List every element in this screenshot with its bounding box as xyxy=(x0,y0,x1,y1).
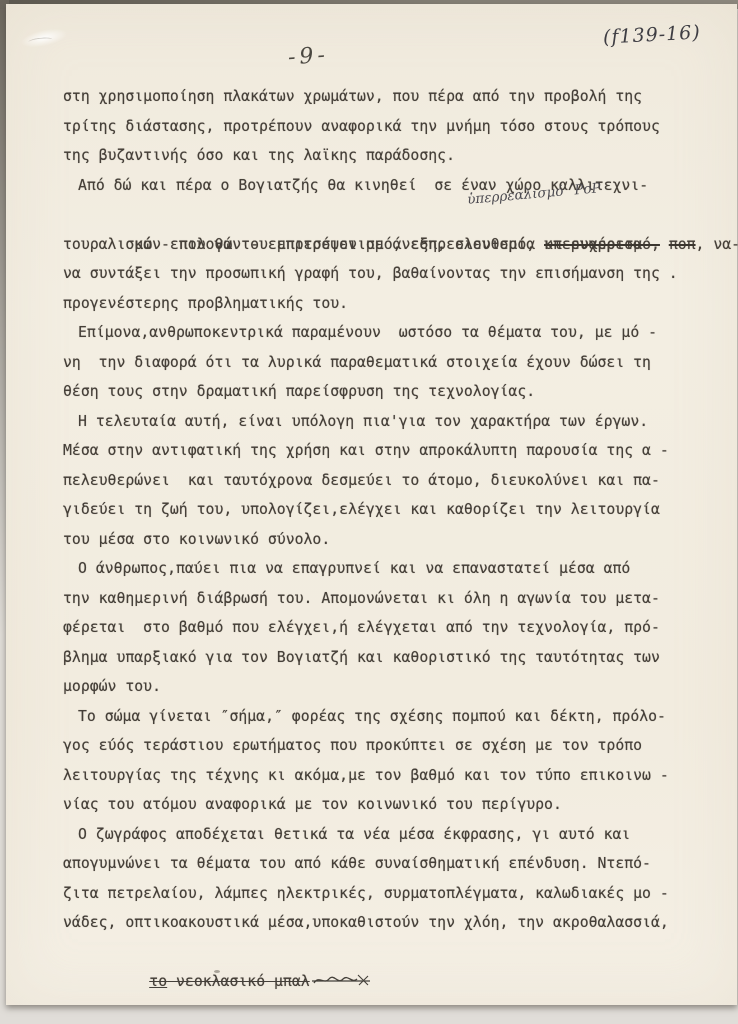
typed-line: νη την διαφορά ότι τα λυρικά παραθεματικ… xyxy=(63,348,699,378)
typed-line: Μέσα στην αντιφατική της χρήση και στην … xyxy=(63,436,699,466)
typed-line: απογυμνώνει τα θέματα του από κάθε συναί… xyxy=(63,849,699,879)
struck-word: ποπ xyxy=(669,236,696,253)
typed-line: της βυζαντινής όσο και της λαϊκης παράδο… xyxy=(63,141,699,171)
typed-line: βλημα υπαρξιακό για τον Βογιατζή και καθ… xyxy=(63,643,699,673)
typed-line: φέρεται στο βαθμό που ελέγχει,ή ελέγχετα… xyxy=(63,613,699,643)
typed-line: πελευθερώνει και ταυτόχρονα δεσμεύει το … xyxy=(63,466,699,496)
folio-annotation: (f139-16) xyxy=(603,21,702,48)
typed-line: στη χρησιμοποίηση πλακάτων χρωμάτων, που… xyxy=(63,82,699,112)
typed-line: Από δώ και πέρα ο Βογιατζής θα κινηθεί σ… xyxy=(63,171,699,201)
typed-line: του μέσα στο κοινωνικό σύνολο. xyxy=(63,525,699,555)
typed-line: γιδεύει τη ζωή του, υπολογίζει,ελέγχει κ… xyxy=(63,495,699,525)
typed-text-block: στη χρησιμοποίηση πλακάτων χρωμάτων, που… xyxy=(63,82,699,967)
paper-speck xyxy=(214,970,220,973)
typed-line: Το σώμα γίνεται ″σήμα,″ φορέας της σχέση… xyxy=(63,702,699,732)
typed-text xyxy=(660,236,669,253)
scribble-strikeout-icon xyxy=(312,972,376,988)
typed-line: να συντάξει την προσωπική γραφή του, βαθ… xyxy=(63,259,699,289)
typed-line: νάδες, οπτικοακουστικά μέσα,υποκαθιστούν… xyxy=(63,908,699,938)
page-number: -9- xyxy=(287,43,330,71)
paper-sheet: (f139-16) -9- στη χρησιμοποίηση πλακάτων… xyxy=(6,4,737,1005)
typed-line: μορφών του. xyxy=(63,672,699,702)
typed-line: γος εύός τεράστιου ερωτήματος που προκύπ… xyxy=(63,731,699,761)
typed-line: Ο ζωγράφος αποδέχεται θετικά τα νέα μέσα… xyxy=(63,820,699,850)
typed-line: τρίτης διάστασης, προτρέπουν αναφορικά τ… xyxy=(63,112,699,142)
struck-word: υπερναρρισμό, xyxy=(544,236,660,253)
typed-line: Επίμονα,ανθρωποκεντρικά παραμένουν ωστόσ… xyxy=(63,318,699,348)
struck-word: νεοκλασικό μπαλ xyxy=(167,973,310,990)
typed-line: θέση τους στην δραματική παρείσφρυση της… xyxy=(63,377,699,407)
typed-line: Ο άνθρωπος,παύει πια να επαγρυπνεί και ν… xyxy=(63,554,699,584)
typed-text: , να- xyxy=(696,236,738,253)
paper-smudge xyxy=(19,25,69,51)
scanned-page: (f139-16) -9- στη χρησιμοποίηση πλακάτων… xyxy=(0,0,738,1024)
typed-line-struck-out: το νεοκλασικό μπαλ xyxy=(63,938,699,968)
typed-line: νίας του ατόμου αναφορικά με τον κοινωνι… xyxy=(63,790,699,820)
typed-line: προγενέστερης προβληματικής του. xyxy=(63,289,699,319)
typed-line: λειτουργίας της τέχνης κι ακόμα,με τον β… xyxy=(63,761,699,791)
typed-line-with-correction: κών επιλογών - εμπρεσσιονισμό, εξπρεσιον… xyxy=(63,200,699,230)
typed-line: Η τελευταία αυτή, είναι υπόλογη πια'για … xyxy=(63,407,699,437)
struck-word: το xyxy=(149,973,167,990)
typed-text: κών επιλογών - εμπρεσσιονισμό, εξπρεσιον… xyxy=(134,236,544,253)
typed-line: την καθημερινή διάβρωσή του. Απομονώνετα… xyxy=(63,584,699,614)
typed-line: ζιτα πετρελαίου, λάμπες ηλεκτρικές, συρμ… xyxy=(63,879,699,909)
